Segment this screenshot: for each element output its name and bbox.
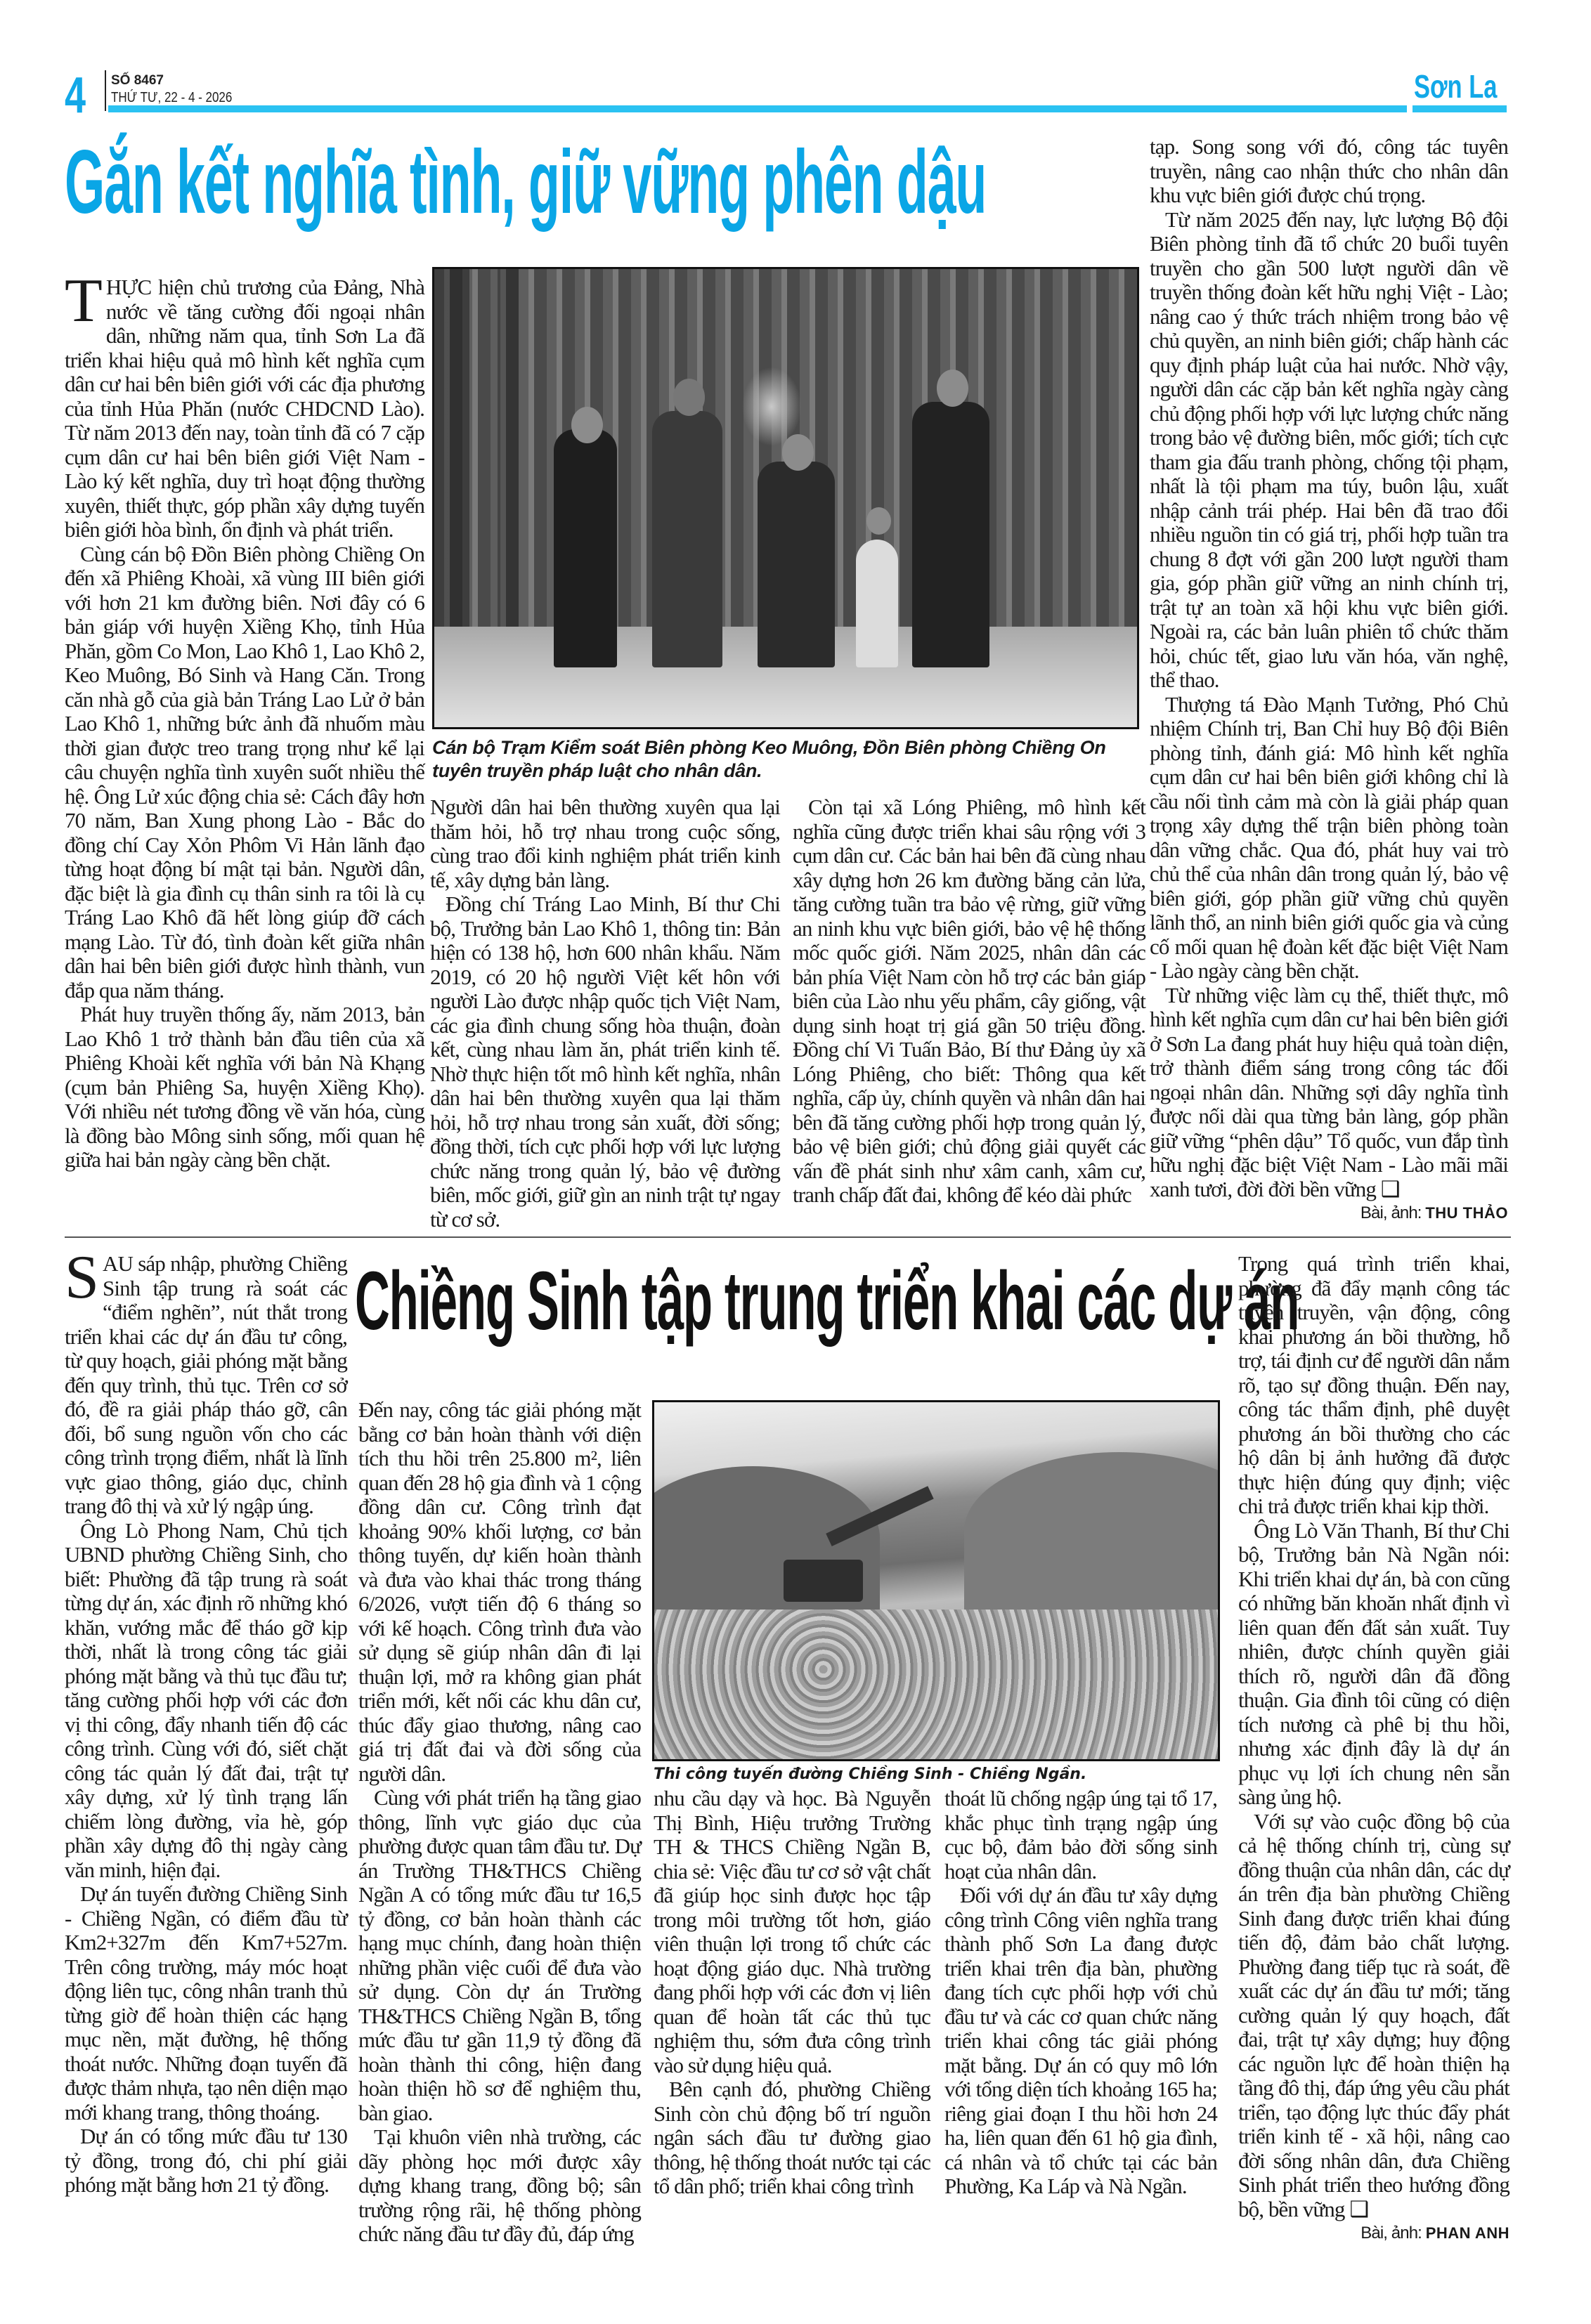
article2-column-1: SAU sáp nhập, phường Chiềng Sinh tập tru…: [65, 1252, 347, 2198]
dropcap: T: [65, 278, 102, 325]
article2-paragraph: Với sự vào cuộc đồng bộ của cả hệ thống …: [1238, 1810, 1509, 2222]
article2-paragraph: Tại khuôn viên nhà trường, các dãy phòng…: [358, 2125, 641, 2247]
article1-paragraph: Còn tại xã Lóng Phiêng, mô hình kết nghĩ…: [793, 795, 1145, 1208]
article2-paragraph: Đối với dự án đầu tư xây dựng công trình…: [944, 1884, 1217, 2199]
article2-headline: Chiềng Sinh tập trung triển khai các dự …: [355, 1254, 1299, 1350]
article1-column-4: tạp. Song song với đó, công tác tuyên tr…: [1150, 135, 1508, 1226]
article2-paragraph: Ông Lò Văn Thanh, Bí thư Chi bộ, Trưởng …: [1238, 1519, 1509, 1810]
header-separator: [105, 70, 106, 111]
article1-paragraph: Thượng tá Đào Mạnh Tưởng, Phó Chủ nhiệm …: [1150, 693, 1508, 984]
byline-prefix: Bài, ảnh:: [1361, 1203, 1422, 1222]
header-rule-right: [1413, 105, 1507, 112]
byline-author: THU THẢO: [1425, 1204, 1508, 1222]
byline-author: PHAN ANH: [1426, 2224, 1509, 2242]
article2-paragraph: thoát lũ chống ngập úng tại tổ 17, khắc …: [944, 1787, 1217, 1884]
header-rule: [108, 105, 1407, 112]
article1-photo-caption: Cán bộ Trạm Kiểm soát Biên phòng Keo Muô…: [432, 736, 1142, 783]
article2-photo-caption: Thi công tuyến đường Chiềng Sinh - Chiền…: [654, 1765, 1086, 1783]
article2-column-4: thoát lũ chống ngập úng tại tổ 17, khắc …: [944, 1787, 1217, 2199]
article2-column-5: Trong quá trình triển khai, phường đã đẩ…: [1238, 1252, 1509, 2246]
article1-paragraph: Từ những việc làm cụ thể, thiết thực, mô…: [1150, 984, 1508, 1202]
article2-paragraph: Cùng với phát triển hạ tầng giao thông, …: [358, 1786, 641, 2125]
article-divider: [65, 1236, 1511, 1238]
article2-paragraph: nhu cầu dạy và học. Bà Nguyễn Thị Bình, …: [654, 1787, 930, 2077]
article2-byline: Bài, ảnh: PHAN ANH: [1238, 2221, 1509, 2246]
dropcap: S: [65, 1255, 98, 1301]
article1-photo: [432, 267, 1139, 729]
issue-date: THỨ TƯ, 22 - 4 - 2026: [111, 90, 232, 106]
article2-paragraph: SAU sáp nhập, phường Chiềng Sinh tập tru…: [65, 1252, 347, 1519]
article1-column-3: Còn tại xã Lóng Phiêng, mô hình kết nghĩ…: [793, 795, 1145, 1208]
article1-paragraph: THỰC hiện chủ trương của Đảng, Nhà nước …: [65, 275, 424, 542]
article2-paragraph: Bên cạnh đó, phường Chiềng Sinh còn chủ …: [654, 2077, 930, 2199]
article1-paragraph: Đồng chí Tráng Lao Minh, Bí thư Chi bộ, …: [430, 892, 780, 1232]
article1-paragraph: Cùng cán bộ Đồn Biên phòng Chiềng On đến…: [65, 542, 424, 1003]
article2-column-2: Đến nay, công tác giải phóng mặt bằng cơ…: [358, 1398, 641, 2247]
article1-byline: Bài, ảnh: THU THẢO: [1150, 1201, 1508, 1226]
paragraph-text: HỰC hiện chủ trương của Đảng, Nhà nước v…: [65, 275, 424, 542]
article1-paragraph: Từ năm 2025 đến nay, lực lượng Bộ đội Bi…: [1150, 208, 1508, 693]
issue-number: SỐ 8467: [111, 73, 164, 89]
article2-paragraph: Dự án có tổng mức đầu tư 130 tỷ đồng, tr…: [65, 2124, 347, 2198]
article1-column-1: THỰC hiện chủ trương của Đảng, Nhà nước …: [65, 275, 424, 1173]
article1-column-2: Người dân hai bên thường xuyên qua lại t…: [430, 795, 780, 1232]
article2-paragraph: Trong quá trình triển khai, phường đã đẩ…: [1238, 1252, 1509, 1519]
paragraph-text: AU sáp nhập, phường Chiềng Sinh tập trun…: [65, 1251, 347, 1518]
article1-paragraph: Phát huy truyền thống ấy, năm 2013, bản …: [65, 1003, 424, 1173]
article1-paragraph: tạp. Song song với đó, công tác tuyên tr…: [1150, 135, 1508, 208]
article1-paragraph: Người dân hai bên thường xuyên qua lại t…: [430, 795, 780, 892]
article2-column-3: nhu cầu dạy và học. Bà Nguyễn Thị Bình, …: [654, 1787, 930, 2199]
article2-paragraph: Đến nay, công tác giải phóng mặt bằng cơ…: [358, 1398, 641, 1786]
byline-prefix: Bài, ảnh:: [1361, 2224, 1422, 2243]
article2-paragraph: Ông Lò Phong Nam, Chủ tịch UBND phường C…: [65, 1519, 347, 1883]
section-name: Sơn La: [1414, 67, 1497, 105]
page-number: 4: [65, 70, 86, 121]
article2-paragraph: Dự án tuyến đường Chiềng Sinh - Chiềng N…: [65, 1882, 347, 2124]
article1-headline: Gắn kết nghĩa tình, giữ vững phên dậu: [65, 133, 986, 233]
article2-photo: [652, 1400, 1220, 1761]
